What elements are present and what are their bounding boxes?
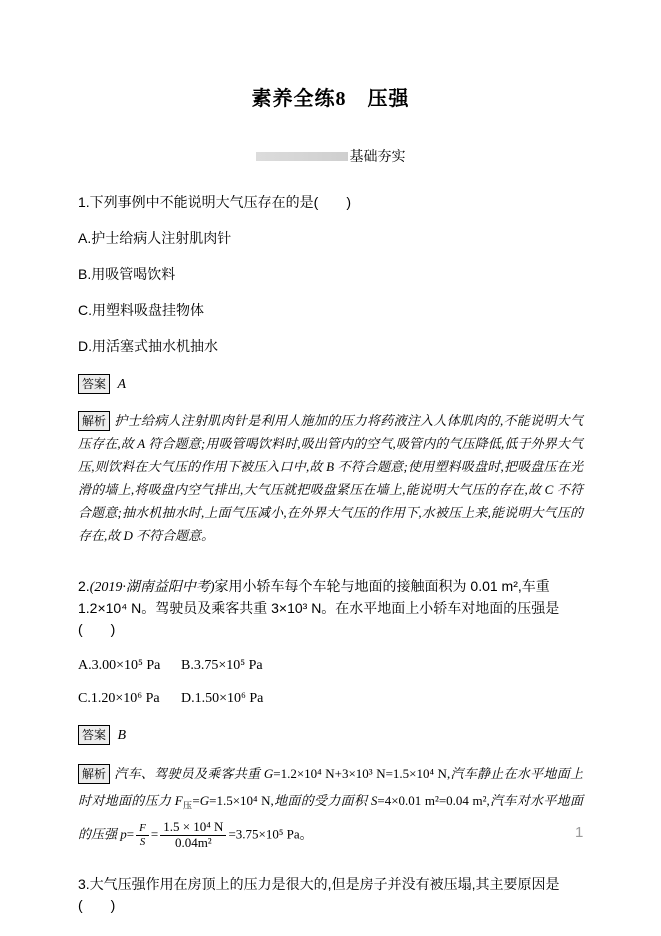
fraction-denominator: 0.04m²	[160, 836, 226, 851]
question-1-answer-value: A	[118, 377, 127, 392]
question-3-text: 3.大气压强作用在房顶上的压力是很大的,但是房子并没有被压塌,其主要原因是( )	[78, 874, 583, 916]
formula-segment: =	[192, 793, 199, 808]
question-2-answer-line: 答案 B	[78, 725, 583, 746]
section-header: 基础夯实	[78, 149, 583, 163]
fraction-denominator: S	[136, 836, 149, 849]
question-1-answer-line: 答案 A	[78, 374, 583, 395]
question-1-option-a: A.护士给病人注射肌肉针	[78, 228, 583, 249]
variable-F: F	[175, 793, 183, 808]
question-2-option-c: C.1.20×10⁶ Pa	[78, 690, 181, 708]
fraction-F-over-S: FS	[136, 822, 149, 848]
analysis-tag: 解析	[78, 764, 110, 784]
fraction-numerator: F	[136, 822, 149, 836]
question-1-analysis-text: 护士给病人注射肌肉针是利用人施加的压力将药液注入人体肌肉的,不能说明大气压存在,…	[78, 413, 583, 543]
analysis-tag: 解析	[78, 411, 110, 431]
question-1-analysis: 解析护士给病人注射肌肉针是利用人施加的压力将药液注入人体肌肉的,不能说明大气压存…	[78, 409, 583, 547]
question-1-text: 1.下列事例中不能说明大气压存在的是( )	[78, 192, 583, 213]
variable-G: G	[200, 793, 209, 808]
formula-segment: =1.2×10⁴ N+3×10³ N=1.5×10⁴ N,	[273, 766, 450, 781]
formula-segment: =4×0.01 m²=0.04 m²,	[377, 793, 489, 808]
question-2-option-a: A.3.00×10⁵ Pa	[78, 657, 181, 675]
page-number: 1	[575, 824, 583, 841]
fraction-value: 1.5 × 10⁴ N0.04m²	[160, 820, 226, 851]
formula-segment: =1.5×10⁴ N,	[209, 793, 274, 808]
equals-sign: =	[127, 826, 134, 841]
answer-tag: 答案	[78, 725, 110, 745]
answer-tag: 答案	[78, 374, 110, 394]
analysis-segment: 地面的受力面积	[274, 793, 371, 808]
question-1-option-d: D.用活塞式抽水机抽水	[78, 336, 583, 357]
formula-result: =3.75×10⁵ Pa。	[228, 826, 312, 841]
question-2-source: (2019·湖南益阳中考)	[90, 580, 215, 595]
analysis-segment: 汽车、驾驶员及乘客共重	[114, 766, 264, 781]
question-1-option-b: B.用吸管喝饮料	[78, 264, 583, 285]
equals-sign: =	[151, 826, 158, 841]
question-2-number: 2.	[78, 578, 90, 594]
section-label: 基础夯实	[350, 146, 406, 166]
fraction-numerator: 1.5 × 10⁴ N	[160, 820, 226, 836]
question-2-options: A.3.00×10⁵ Pa B.3.75×10⁵ Pa C.1.20×10⁶ P…	[78, 657, 583, 708]
question-2-analysis: 解析汽车、驾驶员及乘客共重 G=1.2×10⁴ N+3×10³ N=1.5×10…	[78, 760, 583, 850]
question-2-answer-value: B	[118, 728, 127, 743]
section-bar-decoration	[256, 152, 348, 161]
document-page: 素养全练8 压强 基础夯实 1.下列事例中不能说明大气压存在的是( ) A.护士…	[0, 0, 661, 916]
question-1-option-c: C.用塑料吸盘挂物体	[78, 300, 583, 321]
variable-G: G	[264, 766, 273, 781]
question-2-option-d: D.1.50×10⁶ Pa	[181, 690, 263, 708]
page-title: 素养全练8 压强	[78, 82, 583, 111]
variable-F-subscript: 压	[183, 801, 193, 811]
question-2-option-b: B.3.75×10⁵ Pa	[181, 657, 263, 675]
question-2-text: 2.(2019·湖南益阳中考)家用小轿车每个车轮与地面的接触面积为 0.01 m…	[78, 576, 583, 640]
